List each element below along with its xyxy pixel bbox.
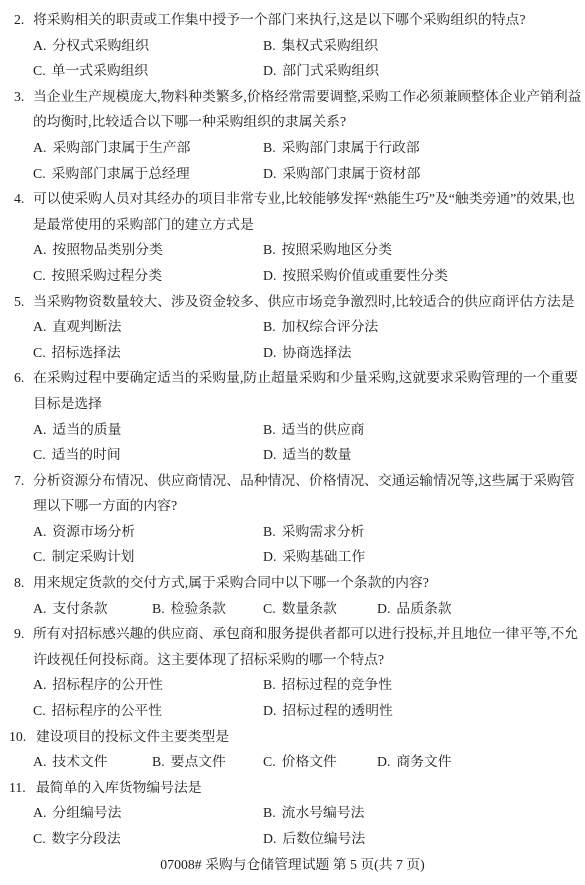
option: C.单一式采购组织: [33, 58, 263, 84]
option-row: C.数字分段法D.后数位编号法: [14, 826, 585, 852]
option-label: C.: [33, 161, 46, 187]
option-text: 流水号编号法: [282, 800, 365, 826]
option-text: 采购部门隶属于生产部: [52, 135, 190, 161]
option-label: D.: [263, 340, 276, 366]
option-text: 品质条款: [396, 596, 451, 622]
question-number: 3.: [14, 84, 33, 135]
question-number: 2.: [14, 7, 33, 33]
option-row: C.适当的时间D.适当的数量: [14, 442, 585, 468]
option-text: 要点文件: [171, 749, 226, 775]
option-text: 按照采购价值或重要性分类: [282, 263, 448, 289]
question-number: 5.: [14, 289, 33, 315]
option-label: A.: [33, 596, 46, 622]
option: D.招标过程的透明性: [263, 698, 393, 724]
option-text: 部门式采购组织: [282, 58, 379, 84]
option: B.适当的供应商: [263, 417, 364, 443]
option: B.按照采购地区分类: [263, 237, 392, 263]
option-text: 适当的质量: [52, 417, 121, 443]
option-label: A.: [33, 417, 46, 443]
option-text: 适当的供应商: [282, 417, 365, 443]
option: D.采购部门隶属于资材部: [263, 161, 420, 187]
question-number: 6.: [14, 365, 33, 416]
option: A.采购部门隶属于生产部: [33, 135, 263, 161]
option-label: C.: [33, 442, 46, 468]
question-line: 2.将采购相关的职责或工作集中授予一个部门来执行,这是以下哪个采购组织的特点?: [14, 7, 585, 33]
option-text: 资源市场分析: [52, 519, 135, 545]
option: B.采购部门隶属于行政部: [263, 135, 420, 161]
option: A.直观判断法: [33, 314, 263, 340]
option-text: 按照物品类别分类: [52, 237, 162, 263]
option-label: A.: [33, 749, 46, 775]
option-text: 商务文件: [396, 749, 451, 775]
option: D.品质条款: [377, 596, 452, 622]
footer-text: 07008# 采购与仓储管理试题 第 5 页(共 7 页): [160, 857, 424, 872]
question-text: 用来规定货款的交付方式,属于采购合同中以下哪一个条款的内容?: [33, 570, 585, 596]
question: 3.当企业生产规模庞大,物料种类繁多,价格经常需要调整,采购工作必须兼顾整体企业…: [14, 84, 585, 186]
question-text: 最简单的入库货物编号法是: [36, 775, 585, 801]
option-text: 协商选择法: [282, 340, 351, 366]
option: D.部门式采购组织: [263, 58, 379, 84]
option-label: A.: [33, 672, 46, 698]
option-text: 加权综合评分法: [282, 314, 379, 340]
option-text: 招标选择法: [52, 340, 121, 366]
option-row: A.技术文件B.要点文件C.价格文件D.商务文件: [14, 749, 585, 775]
option-text: 数字分段法: [52, 826, 121, 852]
option: C.招标选择法: [33, 340, 263, 366]
option-text: 适当的时间: [52, 442, 121, 468]
question-line: 5.当采购物资数量较大、涉及资金较多、供应市场竞争激烈时,比较适合的供应商评估方…: [14, 289, 585, 315]
option: C.采购部门隶属于总经理: [33, 161, 263, 187]
option-label: C.: [33, 544, 46, 570]
question-number: 7.: [14, 468, 33, 519]
question: 10.建设项目的投标文件主要类型是A.技术文件B.要点文件C.价格文件D.商务文…: [14, 724, 585, 775]
option-label: D.: [263, 698, 276, 724]
question-number: 11.: [9, 775, 36, 801]
option-text: 适当的数量: [282, 442, 351, 468]
option-row: A.按照物品类别分类B.按照采购地区分类: [14, 237, 585, 263]
option-row: A.采购部门隶属于生产部B.采购部门隶属于行政部: [14, 135, 585, 161]
option-row: C.按照采购过程分类D.按照采购价值或重要性分类: [14, 263, 585, 289]
option-label: D.: [263, 58, 276, 84]
option: C.数量条款: [263, 596, 377, 622]
option: A.按照物品类别分类: [33, 237, 263, 263]
question-line: 8.用来规定货款的交付方式,属于采购合同中以下哪一个条款的内容?: [14, 570, 585, 596]
option-text: 采购部门隶属于行政部: [282, 135, 420, 161]
option-text: 按照采购地区分类: [282, 237, 392, 263]
page-footer: 07008# 采购与仓储管理试题 第 5 页(共 7 页): [14, 852, 585, 878]
question-list: 2.将采购相关的职责或工作集中授予一个部门来执行,这是以下哪个采购组织的特点?A…: [14, 7, 585, 852]
option-label: C.: [33, 698, 46, 724]
option: A.支付条款: [33, 596, 152, 622]
option-row: A.分组编号法B.流水号编号法: [14, 800, 585, 826]
option: A.分权式采购组织: [33, 33, 263, 59]
option-label: D.: [263, 442, 276, 468]
option: C.制定采购计划: [33, 544, 263, 570]
option-label: C.: [33, 263, 46, 289]
question: 11.最简单的入库货物编号法是A.分组编号法B.流水号编号法C.数字分段法D.后…: [14, 775, 585, 852]
option-row: C.招标选择法D.协商选择法: [14, 340, 585, 366]
option-label: D.: [263, 161, 276, 187]
option: D.协商选择法: [263, 340, 351, 366]
option-text: 直观判断法: [52, 314, 121, 340]
option-label: B.: [263, 800, 276, 826]
option-text: 招标过程的透明性: [282, 698, 392, 724]
option-label: B.: [263, 33, 276, 59]
option: A.分组编号法: [33, 800, 263, 826]
option: A.适当的质量: [33, 417, 263, 443]
option-label: B.: [263, 237, 276, 263]
option-label: D.: [263, 544, 276, 570]
option-text: 价格文件: [282, 749, 337, 775]
question-text: 当采购物资数量较大、涉及资金较多、供应市场竞争激烈时,比较适合的供应商评估方法是: [33, 289, 585, 315]
question: 6.在采购过程中要确定适当的采购量,防止超量采购和少量采购,这就要求采购管理的一…: [14, 365, 585, 467]
option-row: C.制定采购计划D.采购基础工作: [14, 544, 585, 570]
option-label: D.: [263, 826, 276, 852]
option-label: B.: [263, 417, 276, 443]
option: C.价格文件: [263, 749, 377, 775]
option-text: 检验条款: [171, 596, 226, 622]
option-row: A.招标程序的公开性B.招标过程的竞争性: [14, 672, 585, 698]
option-label: C.: [33, 58, 46, 84]
question: 5.当采购物资数量较大、涉及资金较多、供应市场竞争激烈时,比较适合的供应商评估方…: [14, 289, 585, 366]
option-text: 制定采购计划: [52, 544, 135, 570]
option-text: 按照采购过程分类: [52, 263, 162, 289]
exam-page: 2.将采购相关的职责或工作集中授予一个部门来执行,这是以下哪个采购组织的特点?A…: [0, 0, 585, 885]
option-row: A.资源市场分析B.采购需求分析: [14, 519, 585, 545]
option-label: A.: [33, 237, 46, 263]
option-row: C.招标程序的公平性D.招标过程的透明性: [14, 698, 585, 724]
option: D.按照采购价值或重要性分类: [263, 263, 448, 289]
option: D.采购基础工作: [263, 544, 365, 570]
option-text: 采购基础工作: [282, 544, 365, 570]
option: C.按照采购过程分类: [33, 263, 263, 289]
option-row: A.适当的质量B.适当的供应商: [14, 417, 585, 443]
option-text: 采购部门隶属于资材部: [282, 161, 420, 187]
option-text: 采购需求分析: [282, 519, 365, 545]
option: A.招标程序的公开性: [33, 672, 263, 698]
option-label: C.: [263, 749, 276, 775]
question-line: 11.最简单的入库货物编号法是: [14, 775, 585, 801]
question-line: 4.可以使采购人员对其经办的项目非常专业,比较能够发挥“熟能生巧”及“触类旁通”…: [14, 186, 585, 237]
option-text: 采购部门隶属于总经理: [52, 161, 190, 187]
option-text: 分权式采购组织: [52, 33, 149, 59]
option: D.商务文件: [377, 749, 452, 775]
option-text: 单一式采购组织: [52, 58, 149, 84]
question-text: 当企业生产规模庞大,物料种类繁多,价格经常需要调整,采购工作必须兼顾整体企业产销…: [33, 84, 585, 135]
option-label: B.: [263, 314, 276, 340]
question-text: 所有对招标感兴趣的供应商、承包商和服务提供者都可以进行投标,并且地位一律平等,不…: [33, 621, 585, 672]
option-label: D.: [263, 263, 276, 289]
option-label: A.: [33, 800, 46, 826]
option-label: A.: [33, 519, 46, 545]
question-line: 7.分析资源分布情况、供应商情况、品种情况、价格情况、交通运输情况等,这些属于采…: [14, 468, 585, 519]
option-text: 招标程序的公开性: [52, 672, 162, 698]
option: D.后数位编号法: [263, 826, 365, 852]
option-label: A.: [33, 33, 46, 59]
option: C.招标程序的公平性: [33, 698, 263, 724]
option: C.适当的时间: [33, 442, 263, 468]
option-text: 数量条款: [282, 596, 337, 622]
option-label: D.: [377, 596, 390, 622]
option-text: 分组编号法: [52, 800, 121, 826]
option-row: C.采购部门隶属于总经理D.采购部门隶属于资材部: [14, 161, 585, 187]
option-label: C.: [33, 826, 46, 852]
option-label: A.: [33, 135, 46, 161]
option: B.要点文件: [152, 749, 263, 775]
option-label: B.: [263, 519, 276, 545]
option: A.技术文件: [33, 749, 152, 775]
option-label: B.: [263, 135, 276, 161]
option-label: B.: [152, 749, 165, 775]
question: 8.用来规定货款的交付方式,属于采购合同中以下哪一个条款的内容?A.支付条款B.…: [14, 570, 585, 621]
option: C.数字分段法: [33, 826, 263, 852]
option: A.资源市场分析: [33, 519, 263, 545]
option-label: B.: [263, 672, 276, 698]
question-text: 在采购过程中要确定适当的采购量,防止超量采购和少量采购,这就要求采购管理的一个重…: [33, 365, 585, 416]
question-line: 9.所有对招标感兴趣的供应商、承包商和服务提供者都可以进行投标,并且地位一律平等…: [14, 621, 585, 672]
option-label: A.: [33, 314, 46, 340]
question-text: 可以使采购人员对其经办的项目非常专业,比较能够发挥“熟能生巧”及“触类旁通”的效…: [33, 186, 585, 237]
option-label: B.: [152, 596, 165, 622]
option: B.采购需求分析: [263, 519, 364, 545]
option: B.招标过程的竞争性: [263, 672, 392, 698]
option-text: 招标过程的竞争性: [282, 672, 392, 698]
option-text: 招标程序的公平性: [52, 698, 162, 724]
question-number: 9.: [14, 621, 33, 672]
question: 9.所有对招标感兴趣的供应商、承包商和服务提供者都可以进行投标,并且地位一律平等…: [14, 621, 585, 723]
question-text: 建设项目的投标文件主要类型是: [36, 724, 585, 750]
question-text: 将采购相关的职责或工作集中授予一个部门来执行,这是以下哪个采购组织的特点?: [33, 7, 585, 33]
option-text: 技术文件: [52, 749, 107, 775]
option-row: A.支付条款B.检验条款C.数量条款D.品质条款: [14, 596, 585, 622]
option-label: C.: [33, 340, 46, 366]
option: B.集权式采购组织: [263, 33, 378, 59]
question-line: 6.在采购过程中要确定适当的采购量,防止超量采购和少量采购,这就要求采购管理的一…: [14, 365, 585, 416]
option: D.适当的数量: [263, 442, 351, 468]
question: 4.可以使采购人员对其经办的项目非常专业,比较能够发挥“熟能生巧”及“触类旁通”…: [14, 186, 585, 288]
option-label: C.: [263, 596, 276, 622]
question-number: 10.: [9, 724, 36, 750]
option: B.检验条款: [152, 596, 263, 622]
option-row: A.直观判断法B.加权综合评分法: [14, 314, 585, 340]
option-text: 后数位编号法: [282, 826, 365, 852]
question-text: 分析资源分布情况、供应商情况、品种情况、价格情况、交通运输情况等,这些属于采购管…: [33, 468, 585, 519]
option-text: 集权式采购组织: [282, 33, 379, 59]
question: 2.将采购相关的职责或工作集中授予一个部门来执行,这是以下哪个采购组织的特点?A…: [14, 7, 585, 84]
question-line: 3.当企业生产规模庞大,物料种类繁多,价格经常需要调整,采购工作必须兼顾整体企业…: [14, 84, 585, 135]
question-number: 4.: [14, 186, 33, 237]
option-row: C.单一式采购组织D.部门式采购组织: [14, 58, 585, 84]
option: B.加权综合评分法: [263, 314, 378, 340]
question-number: 8.: [14, 570, 33, 596]
option-text: 支付条款: [52, 596, 107, 622]
option: B.流水号编号法: [263, 800, 364, 826]
question-line: 10.建设项目的投标文件主要类型是: [14, 724, 585, 750]
option-row: A.分权式采购组织B.集权式采购组织: [14, 33, 585, 59]
question: 7.分析资源分布情况、供应商情况、品种情况、价格情况、交通运输情况等,这些属于采…: [14, 468, 585, 570]
option-label: D.: [377, 749, 390, 775]
